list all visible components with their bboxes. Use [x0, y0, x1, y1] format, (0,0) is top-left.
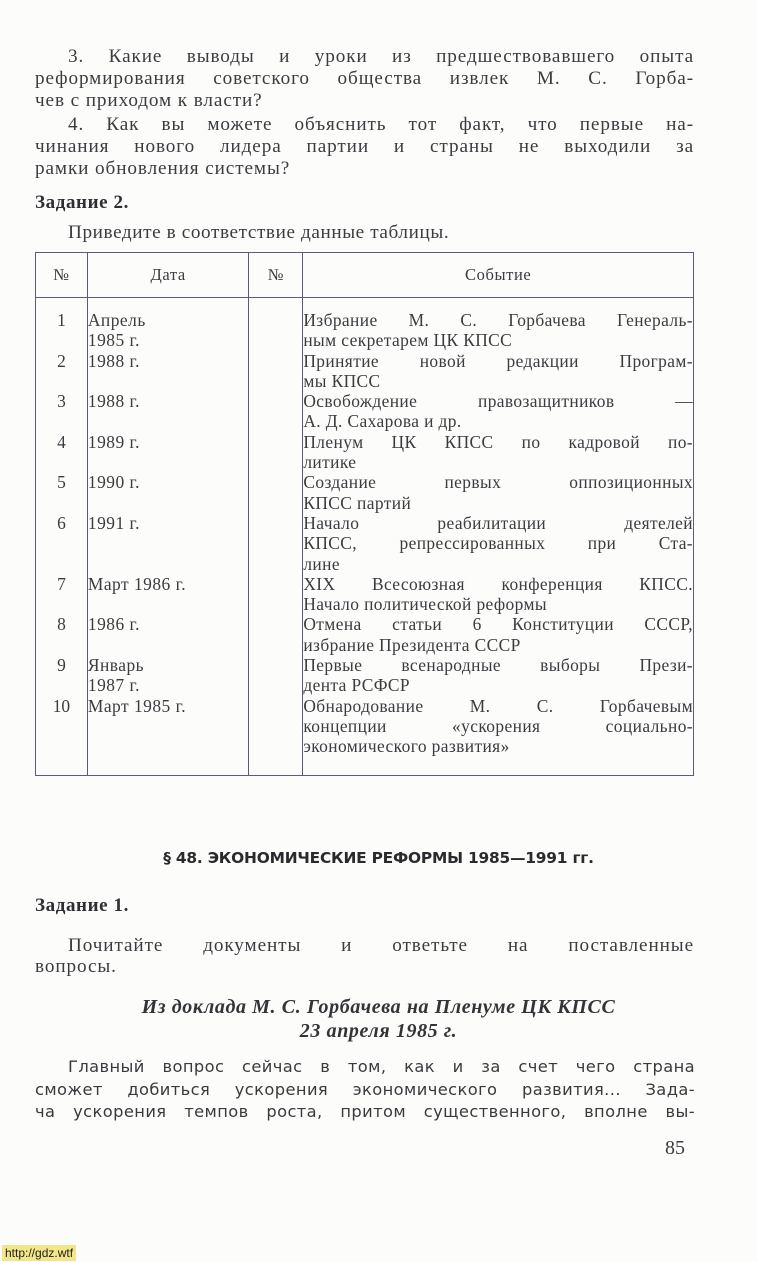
event-line: Первые всенародные выборы Прези- [303, 655, 693, 675]
row-date: 1989 г. [87, 432, 249, 473]
event-line: мы КПСС [303, 371, 693, 391]
row-number-text: 9 [36, 655, 87, 675]
task-2-title: Задание 2. [35, 192, 129, 214]
document-text-line: сможет добиться ускорения экономического… [35, 1079, 695, 1102]
row-date: Март 1986 г. [87, 574, 249, 615]
date-line: Январь [88, 655, 249, 675]
row-number: 10 [36, 696, 88, 775]
event-line: КПСС партий [303, 493, 693, 513]
table-row: 31988 г.Освобождение правозащитников —А.… [36, 391, 694, 432]
table-row: 10Март 1985 г.Обнародование М. С. Горбач… [36, 696, 694, 775]
row-number: 8 [36, 614, 88, 655]
date-line: 1986 г. [88, 614, 249, 634]
event-line: экономического развития» [303, 736, 693, 756]
question-line: рамки обновления системы? [35, 158, 694, 180]
question-line: 3. Какие выводы и уроки из предшествовав… [35, 46, 694, 68]
row-match-cell [249, 513, 303, 574]
table-row: 7Март 1986 г.XIX Всесоюзная конференция … [36, 574, 694, 615]
event-line: Отмена статьи 6 Конституции СССР, [303, 614, 693, 634]
row-number-text: 4 [36, 432, 87, 452]
row-number: 4 [36, 432, 88, 473]
event-line: избрание Президента СССР [303, 635, 693, 655]
row-event: XIX Всесоюзная конференция КПСС.Начало п… [303, 574, 694, 615]
row-number: 9 [36, 655, 88, 696]
section-heading: § 48. ЭКОНОМИЧЕСКИЕ РЕФОРМЫ 1985—1991 гг… [0, 849, 757, 867]
row-match-cell [249, 298, 303, 351]
row-event: Пленум ЦК КПСС по кадровой по-литике [303, 432, 694, 473]
document-title-line-1: Из доклада М. С. Горбачева на Пленуме ЦК… [0, 996, 757, 1019]
table-row: 21988 г.Принятие новой редакции Програм-… [36, 351, 694, 392]
header-date: Дата [87, 253, 249, 298]
date-line: 1985 г. [88, 330, 249, 350]
event-line: Начало политической реформы [303, 594, 693, 614]
event-line: Пленум ЦК КПСС по кадровой по- [303, 432, 693, 452]
row-match-cell [249, 391, 303, 432]
event-line: КПСС, репрессированных при Ста- [303, 533, 693, 553]
date-line: 1989 г. [88, 432, 249, 452]
date-line: 1991 г. [88, 513, 249, 533]
row-number: 3 [36, 391, 88, 432]
event-line: Начало реабилитации деятелей [303, 513, 693, 533]
header-match-number: № [249, 253, 303, 298]
page-number: 85 [665, 1137, 685, 1160]
row-number-text: 6 [36, 513, 87, 533]
document-text: Главный вопрос сейчас в том, как и за сч… [35, 1056, 695, 1124]
event-line: Создание первых оппозиционных [303, 472, 693, 492]
header-number: № [36, 253, 88, 298]
row-number-text: 2 [36, 351, 87, 371]
task-2-instruction: Приведите в соответствие данные таблицы. [68, 222, 449, 244]
date-line: 1988 г. [88, 351, 249, 371]
row-date: 1990 г. [87, 472, 249, 513]
row-number: 7 [36, 574, 88, 615]
row-match-cell [249, 432, 303, 473]
table-row: 51990 г.Создание первых оппозиционныхКПС… [36, 472, 694, 513]
question-line: реформирования советского общества извле… [35, 68, 694, 90]
table-row: 1Апрель1985 г.Избрание М. С. Горбачева Г… [36, 298, 694, 351]
instruction-line: вопросы. [35, 956, 694, 977]
event-line: ным секретарем ЦК КПСС [303, 330, 693, 350]
row-date: 1991 г. [87, 513, 249, 574]
row-event: Первые всенародные выборы Прези-дента РС… [303, 655, 694, 696]
date-line: Март 1986 г. [88, 574, 249, 594]
event-line: А. Д. Сахарова и др. [303, 411, 693, 431]
row-event: Начало реабилитации деятелейКПСС, репрес… [303, 513, 694, 574]
row-number: 1 [36, 298, 88, 351]
table-row: 81986 г.Отмена статьи 6 Конституции СССР… [36, 614, 694, 655]
row-event: Обнародование М. С. Горбачевымконцепции … [303, 696, 694, 775]
matching-table: № Дата № Событие 1Апрель1985 г.Избрание … [35, 252, 694, 776]
question-line: чев с приходом к власти? [35, 90, 694, 112]
instruction-line: Почитайте документы и ответьте на постав… [35, 935, 694, 956]
document-text-line: ча ускорения темпов роста, притом сущест… [35, 1101, 695, 1124]
row-number-text: 10 [36, 696, 87, 716]
row-match-cell [249, 472, 303, 513]
row-event: Принятие новой редакции Програм-мы КПСС [303, 351, 694, 392]
event-line: лине [303, 554, 693, 574]
row-number-text: 5 [36, 472, 87, 492]
row-number-text: 8 [36, 614, 87, 634]
table-row: 41989 г.Пленум ЦК КПСС по кадровой по-ли… [36, 432, 694, 473]
question-line: чинания нового лидера партии и страны не… [35, 136, 694, 158]
question-line: 4. Как вы можете объяснить тот факт, что… [35, 114, 694, 136]
row-date: 1988 г. [87, 351, 249, 392]
row-date: Апрель1985 г. [87, 298, 249, 351]
row-date: Март 1985 г. [87, 696, 249, 775]
date-line: 1990 г. [88, 472, 249, 492]
date-line: 1988 г. [88, 391, 249, 411]
event-line: Избрание М. С. Горбачева Генераль- [303, 310, 693, 330]
date-line: Апрель [88, 310, 249, 330]
question-3: 3. Какие выводы и уроки из предшествовав… [35, 46, 694, 112]
task-1-title: Задание 1. [35, 895, 129, 917]
row-match-cell [249, 655, 303, 696]
date-line: 1987 г. [88, 675, 249, 695]
row-number-text: 7 [36, 574, 87, 594]
row-event: Создание первых оппозиционныхКПСС партий [303, 472, 694, 513]
question-4: 4. Как вы можете объяснить тот факт, что… [35, 114, 694, 180]
event-line: XIX Всесоюзная конференция КПСС. [303, 574, 693, 594]
task-1-instruction: Почитайте документы и ответьте на постав… [35, 935, 694, 977]
event-line: Освобождение правозащитников — [303, 391, 693, 411]
event-line: дента РСФСР [303, 675, 693, 695]
row-number: 6 [36, 513, 88, 574]
row-number: 2 [36, 351, 88, 392]
table-row: 9Январь1987 г.Первые всенародные выборы … [36, 655, 694, 696]
document-text-line: Главный вопрос сейчас в том, как и за сч… [35, 1056, 695, 1079]
event-line: Обнародование М. С. Горбачевым [303, 696, 693, 716]
document-title-line-2: 23 апреля 1985 г. [0, 1020, 757, 1043]
watermark-link[interactable]: http://gdz.wtf [2, 1245, 76, 1261]
row-number-text: 1 [36, 310, 87, 330]
row-match-cell [249, 351, 303, 392]
table-header-row: № Дата № Событие [36, 253, 694, 298]
row-match-cell [249, 574, 303, 615]
row-number-text: 3 [36, 391, 87, 411]
row-date: Январь1987 г. [87, 655, 249, 696]
row-event: Освобождение правозащитников —А. Д. Саха… [303, 391, 694, 432]
row-match-cell [249, 696, 303, 775]
row-date: 1988 г. [87, 391, 249, 432]
row-match-cell [249, 614, 303, 655]
row-date: 1986 г. [87, 614, 249, 655]
event-line: Принятие новой редакции Програм- [303, 351, 693, 371]
row-event: Избрание М. С. Горбачева Генераль-ным се… [303, 298, 694, 351]
row-event: Отмена статьи 6 Конституции СССР,избрани… [303, 614, 694, 655]
event-line: литике [303, 452, 693, 472]
event-line: концепции «ускорения социально- [303, 716, 693, 736]
table-row: 61991 г.Начало реабилитации деятелейКПСС… [36, 513, 694, 574]
row-number: 5 [36, 472, 88, 513]
date-line: Март 1985 г. [88, 696, 249, 716]
header-event: Событие [303, 253, 694, 298]
